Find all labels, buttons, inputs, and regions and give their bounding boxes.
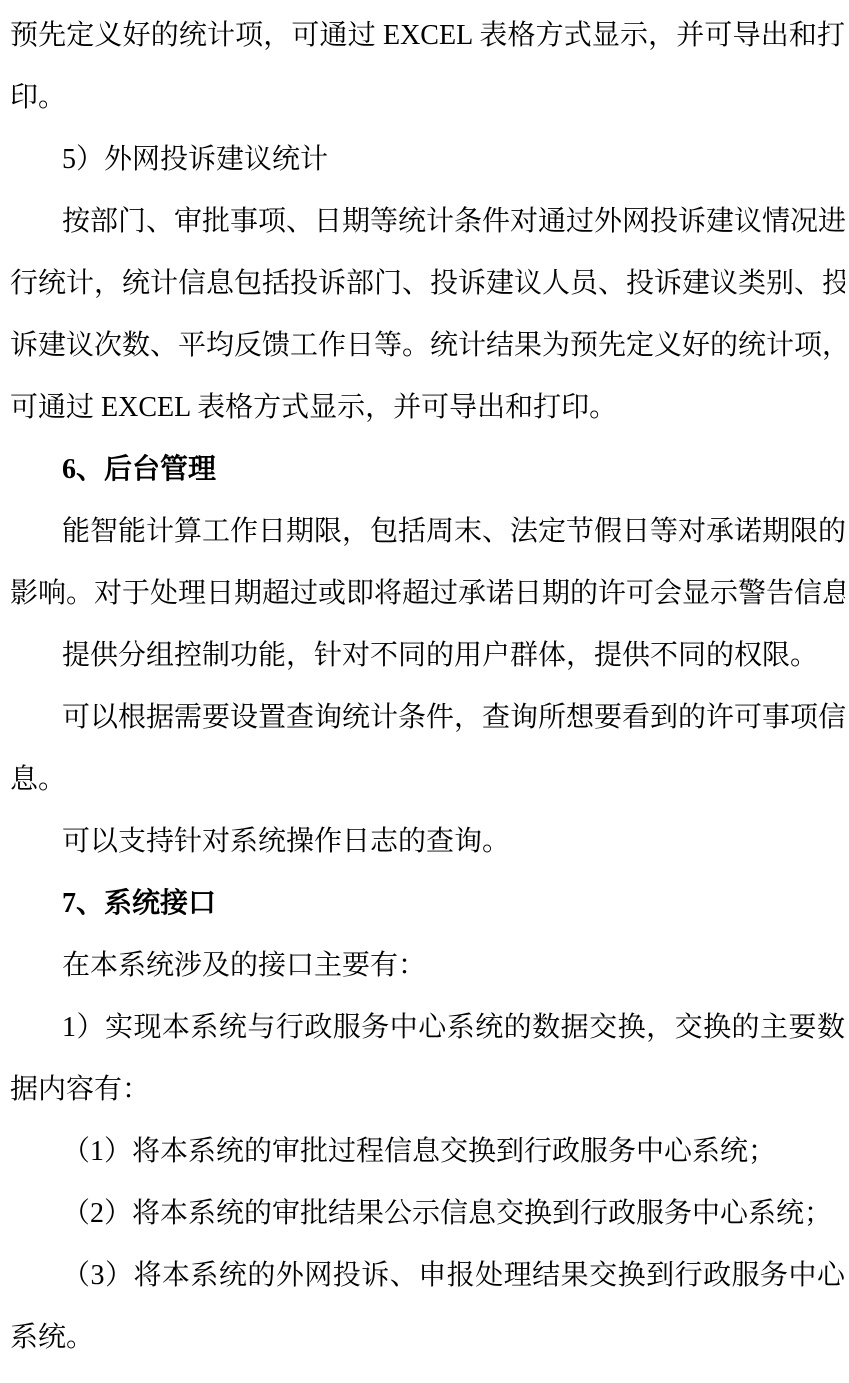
- text-line: 能智能计算工作日期限，包括周末、法定节假日等对承诺期限的: [10, 501, 845, 563]
- text-line: （3）将本系统的外网投诉、申报处理结果交换到行政服务中心: [10, 1245, 845, 1307]
- paragraph-workday-calculation: 能智能计算工作日期限，包括周末、法定节假日等对承诺期限的 影响。对于处理日期超过…: [10, 501, 845, 625]
- text-line: 据内容有：: [10, 1059, 845, 1121]
- paragraph-complaint-statistics-detail: 按部门、审批事项、日期等统计条件对通过外网投诉建议情况进 行统计，统计信息包括投…: [10, 191, 845, 439]
- text-line: （2）将本系统的审批结果公示信息交换到行政服务中心系统；: [10, 1183, 845, 1245]
- document-page: 预先定义好的统计项，可通过 EXCEL 表格方式显示，并可导出和打 印。 5）外…: [0, 0, 849, 1383]
- text-line: 在本系统涉及的接口主要有：: [10, 935, 845, 997]
- text-line: 5）外网投诉建议统计: [10, 129, 845, 191]
- text-line: 预先定义好的统计项，可通过 EXCEL 表格方式显示，并可导出和打: [10, 5, 845, 67]
- text-line: 系统。: [10, 1307, 845, 1369]
- list-item-exchange-1: （1）将本系统的审批过程信息交换到行政服务中心系统；: [10, 1121, 845, 1183]
- list-subheading-5-complaint-statistics: 5）外网投诉建议统计: [10, 129, 845, 191]
- text-line: 息。: [10, 749, 845, 811]
- text-line: 1）实现本系统与行政服务中心系统的数据交换，交换的主要数: [10, 997, 845, 1059]
- section-heading-7-system-interface: 7、系统接口: [10, 873, 845, 935]
- text-line: 行统计，统计信息包括投诉部门、投诉建议人员、投诉建议类别、投: [10, 253, 845, 315]
- paragraph-query-conditions: 可以根据需要设置查询统计条件，查询所想要看到的许可事项信 息。: [10, 687, 845, 811]
- section-heading-text: 6、后台管理: [10, 439, 845, 501]
- list-item-exchange-3: （3）将本系统的外网投诉、申报处理结果交换到行政服务中心 系统。: [10, 1245, 845, 1369]
- section-heading-text: 7、系统接口: [10, 873, 845, 935]
- paragraph-group-control: 提供分组控制功能，针对不同的用户群体，提供不同的权限。: [10, 625, 845, 687]
- section-heading-6-backend-management: 6、后台管理: [10, 439, 845, 501]
- paragraph-interface-intro: 在本系统涉及的接口主要有：: [10, 935, 845, 997]
- text-line: 诉建议次数、平均反馈工作日等。统计结果为预先定义好的统计项，: [10, 315, 845, 377]
- text-line: 可以根据需要设置查询统计条件，查询所想要看到的许可事项信: [10, 687, 845, 749]
- list-item-exchange-2: （2）将本系统的审批结果公示信息交换到行政服务中心系统；: [10, 1183, 845, 1245]
- paragraph-statistics-continuation: 预先定义好的统计项，可通过 EXCEL 表格方式显示，并可导出和打 印。: [10, 5, 845, 129]
- text-line: 影响。对于处理日期超过或即将超过承诺日期的许可会显示警告信息。: [10, 563, 845, 625]
- text-line: 可通过 EXCEL 表格方式显示，并可导出和打印。: [10, 377, 845, 439]
- text-line: 提供分组控制功能，针对不同的用户群体，提供不同的权限。: [10, 625, 845, 687]
- text-line: 印。: [10, 67, 845, 129]
- text-line: 按部门、审批事项、日期等统计条件对通过外网投诉建议情况进: [10, 191, 845, 253]
- paragraph-operation-log-query: 可以支持针对系统操作日志的查询。: [10, 811, 845, 873]
- text-line: （1）将本系统的审批过程信息交换到行政服务中心系统；: [10, 1121, 845, 1183]
- paragraph-data-exchange: 1）实现本系统与行政服务中心系统的数据交换，交换的主要数 据内容有：: [10, 997, 845, 1121]
- text-line: 可以支持针对系统操作日志的查询。: [10, 811, 845, 873]
